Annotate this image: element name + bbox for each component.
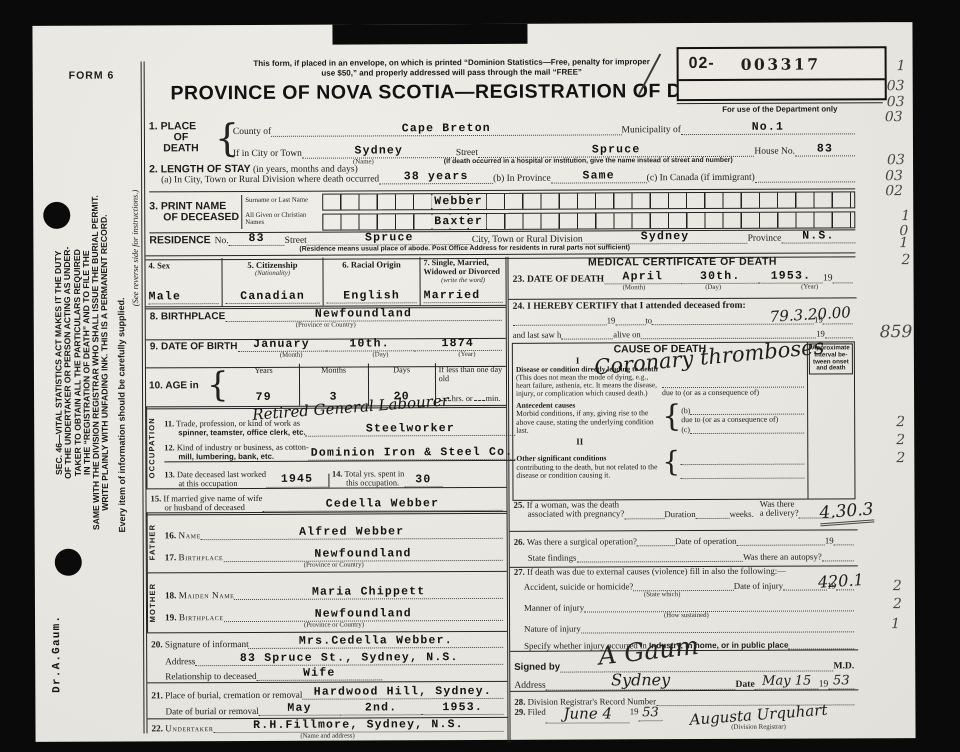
findings-label: State findings [528,553,577,563]
residence-note: (Residence means usual place of abode. P… [299,243,855,252]
row-sex-citizenship: 4. Sex Male 5. Citizenship (Nationality)… [145,257,505,310]
street-value: Spruce [592,143,641,156]
s17-number: 17. [165,552,177,562]
age-days-label: Days [393,365,410,374]
dob-label: DATE OF BIRTH [161,341,238,352]
section-place-of-death: 1. PLACE OF DEATH County of Cape Breton … [149,114,855,163]
undertaker-value: R.H.Fillmore, Sydney, N.S. [253,718,464,732]
due-to-1: due to (or as a consequence of) [662,388,804,398]
row-signed-by: A Gaum Signed by M.D. [510,649,858,673]
department-only-note: For use of the Department only [677,102,883,114]
father-birthplace-note: (Province or Country) [165,561,503,569]
father-name-label: Name [178,530,200,540]
registration-prefix: 02- [689,55,715,73]
s2-title: LENGTH OF STAY [161,163,251,175]
citizenship-note: (Nationality) [226,270,320,277]
other-fill-2 [680,465,804,480]
informant-label: Signature of informant [165,639,249,649]
s1-number: 1. [149,120,158,132]
margin-code: 1 [899,235,908,251]
dob-day: 10th. [349,337,390,350]
row-burial: 21. Place of burial, cremation or remova… [147,681,507,720]
sec46-statute-text: SEC. 46—VITAL STATISTICS ACT MAKES IT TH… [53,100,111,625]
nature-label: Nature of injury [524,624,581,634]
spouse-value: Cedella Webber [326,497,439,510]
death-day-value: 30th. [700,270,741,283]
last-worked-value: 1945 [281,473,313,486]
dob-month: January [253,338,310,351]
row-date-of-death: 23. DATE OF DEATH April 30th. 1953. 19 (… [509,270,857,300]
doctor-margin-note-text: Dr.A.Gaum. [51,615,63,693]
informant-address-label: Address [165,656,195,666]
registration-number: 003317 [741,54,821,73]
death-date-label: DATE OF DEATH [527,273,604,284]
s14-label-1: Total yrs. spent in [344,469,404,478]
age-brace [207,364,229,406]
death-certificate-paper: SEC. 46—VITAL STATISTICS ACT MAKES IT TH… [32,22,915,742]
burial-year-value: 1953. [442,701,483,714]
signed-year-value: 53 [833,674,850,689]
row-undertaker: 22. Undertaker R.H.Fillmore, Sydney, N.S… [147,717,507,747]
registration-number-box: 02- 003317 [677,46,887,101]
margin-code: 2 [893,596,902,612]
s8-number: 8. [150,311,158,322]
certify-pre19-a: 19 [607,315,616,325]
margin-code: 03 [887,78,905,94]
surname-value: Webber [431,194,486,207]
department-only-note-text: For use of the Department only [722,104,837,114]
trade-value: Steelworker [366,422,455,435]
row-operation: 26. Was there a surgical operation? Date… [510,527,858,568]
sex-label: 4. Sex [148,260,170,270]
cause-of-death-box: Approximate interval be- tween onset and… [512,341,856,500]
given-name-comb-row: Baxter [322,211,855,230]
residence-street-value: Spruce [365,231,414,244]
surname-comb-row: Webber [322,191,855,210]
margin-code: 1 [891,616,900,632]
mother-birthplace-note: (Province or Country) [165,621,503,629]
residence-province-value: N.S. [802,229,834,242]
s11-label-2: spinner, teamster, office clerk, etc. [178,428,305,438]
residence-no-label: No. [215,236,229,246]
dob-month-note: (Month) [280,352,303,359]
municipality-value: No.1 [752,121,784,134]
delivery-handwritten: 4.30.3 [819,499,875,526]
municipality-label: Municipality of [622,125,681,135]
burial-day-value: 2nd. [365,701,397,714]
s11-number: 11. [164,419,174,428]
marital-status-label: 7. Single, Married, Widowed or Divorced [423,258,499,276]
mother-birthplace-value: Newfoundland [315,607,412,620]
s26-number: 26. [514,537,525,547]
other-brace [662,446,680,479]
group-father: FATHER 16. Name Alfred Webber 17. Birthp… [147,511,507,574]
city-town-label: If in City or Town [233,149,302,159]
left-column: 4. Sex Male 5. Citizenship (Nationality)… [145,257,507,745]
residence-division-value: Sydney [641,230,690,243]
age-months-label: Months [321,366,346,375]
county-label: County of [233,127,271,137]
residence-label: RESIDENCE [149,234,210,246]
delivery-label: a delivery? [760,508,799,518]
disease-fill-line [662,375,804,389]
duration-label: Duration [664,509,695,519]
section-length-of-stay: 2. LENGTH OF STAY (in years, months and … [149,160,855,189]
filed-date-value: June 4 [563,704,612,722]
s12-number: 12. [164,443,175,452]
signed-by-label: Signed by [514,662,560,673]
s19-number: 19. [165,612,177,622]
father-strip-label: FATHER [147,512,161,572]
page-title: PROVINCE OF NOVA SCOTIA—REGISTRATION OF … [163,80,743,106]
margin-code: 2 [896,450,905,466]
dob-year-note: (Year) [458,351,475,358]
s9-number: 9. [150,341,158,352]
margin-code: 2 [896,414,905,430]
residence-division-label: City, Town or Rural Division [472,235,583,245]
antecedent-note: Morbid conditions, if any, giving rise t… [516,409,654,435]
margin-code: 859 [880,322,913,342]
interval-line: and death [810,366,852,373]
s24-number: 24. [513,301,525,312]
doctor-margin-note: Dr.A.Gaum. [51,609,67,699]
margin-code: 2 [893,578,902,594]
operation-date-label: Date of operation [675,536,737,546]
s10-number: 10. [149,380,163,391]
signed-pre19: 19 [819,678,829,689]
s3-title-1: PRINT NAME [161,200,226,212]
relationship-label: Relationship to deceased [165,671,256,681]
father-birthplace-value: Newfoundland [314,547,411,560]
city-town-value: Sydney [354,144,403,157]
s2-a-label: (a) In City, Town or Rural Division wher… [161,174,379,185]
dob-day-note: (Day) [373,351,389,358]
burial-month-value: May [287,702,311,715]
right-column: MEDICAL CERTIFICATE OF DEATH 23. DATE OF… [505,255,858,743]
sec46-line: WRITE PLAINLY WITH UNFADING INK. THIS IS… [100,100,112,625]
s13-label-2: at this occupation [178,479,237,488]
s18-number: 18. [165,590,177,600]
disease-note: (This does not mean the mode of dying, e… [516,372,657,398]
form-number: FORM 6 [69,70,115,82]
mail-notice: This form, if placed in an envelope, on … [179,57,725,78]
s2-c-label: (c) In Canada (if immigrant) [647,173,755,183]
given-name-value: Baxter [431,214,486,227]
s3-title-2: OF DECEASED [163,211,239,223]
filed-label: Filed [528,707,546,717]
date-label: Date [736,679,755,690]
margin-code: 2 [896,432,905,448]
s2-number: 2. [149,163,158,175]
s29-number: 29. [514,707,525,717]
racial-origin-label: 6. Racial Origin [342,259,401,269]
s14-label-2: this occupation. [346,478,399,487]
certify-label: I HEREBY CERTIFY that I attended decease… [527,300,746,312]
operation-pre19: 19 [825,535,834,545]
age-min-label: min. [486,394,501,403]
marital-status-value: Married [424,289,503,303]
other-fill-1 [680,451,804,466]
alive-on-label: alive on [613,329,640,339]
every-item-note-text: Every item of information should be care… [116,298,127,533]
industry-value: Dominion Iron & Steel Co. [311,446,514,460]
death-day-note: (Day) [705,284,721,291]
s12-label-1: Kind of industry or business, as cotton- [177,443,309,453]
informant-address-value: 83 Spruce St., Sydney, N.S. [240,651,459,665]
s3-number: 3. [149,200,158,212]
autopsy-label: Was there an autopsy? [743,551,822,561]
total-years-value: 30 [415,473,431,486]
s23-number: 23. [513,274,525,285]
residence-street-label: Street [285,236,307,246]
length-city-value: 38 years [404,170,469,183]
other-conditions-note: contributing to the death, but not relat… [516,462,657,480]
s21-number: 21. [151,690,163,700]
manner-label: Manner of injury [524,603,584,613]
external-handwritten-code: 420.1 [818,570,865,592]
age-less-than-day-label: If less than one day old [439,365,503,383]
s15-label-2: or husband of deceased [165,502,245,512]
s2-b-label: (b) In Province [493,174,551,184]
margin-code: 03 [885,168,903,184]
dob-year: 1874 [442,337,474,350]
margin-code: 02 [885,183,903,199]
house-no-value: 83 [817,142,833,155]
s27-number: 27. [514,567,525,577]
residence-no-value: 83 [248,232,264,245]
filed-year-value: 53 [642,705,659,720]
injury-date-label: Date of injury [734,581,783,591]
scan-notch [332,24,527,45]
s20-number: 20. [151,639,163,649]
street-label: Street [456,148,478,158]
s13-number: 13. [164,470,175,479]
s16-number: 16. [165,530,177,540]
row-filed: 29. Filed June 4 19 53 Augusta Urquhart … [510,705,858,735]
group-mother: MOTHER 18. Maiden Name Maria Chippett 19… [147,571,507,634]
signed-date-value: May 15 [762,674,811,689]
weeks-label: weeks. [730,509,754,519]
given-name-label: All Given or Christian Names [245,211,319,226]
burial-place-value: Hardwood Hill, Sydney. [314,685,492,699]
birthplace-label: BIRTHPLACE [161,311,226,322]
min-blank [474,395,485,401]
burial-date-label: Date of burial or removal [165,706,258,716]
occupation-strip-label: OCCUPATION [146,406,160,488]
group-occupation: OCCUPATION Retired General Labourer 11. … [146,405,506,490]
physician-address-label: Address [514,680,546,691]
racial-origin-value: English [327,289,417,303]
operation-label: Was there a surgical operation? [527,536,637,546]
section-residence: RESIDENCE No. 83 Street Spruce City, Tow… [149,230,855,251]
county-value: Cape Breton [402,122,491,135]
s14-number: 14. [332,470,343,479]
undertaker-label: Undertaker [165,723,213,733]
length-province-value: Same [582,169,614,182]
medical-certificate-title-text: MEDICAL CERTIFICATE OF DEATH [588,256,777,269]
s13-label-1: Date deceased last worked [177,470,266,479]
interval-column: Approximate interval be- tween onset and… [807,342,855,498]
birthplace-value: Newfoundland [315,307,412,320]
informant-value: Mrs.Cedella Webber. [299,634,453,648]
margin-code: 1 [901,208,910,224]
residence-province-label: Province [748,234,782,244]
row-external-causes: 420.1 27. If death was due to external c… [510,563,858,637]
s1-label-death: DEATH [163,142,198,154]
last-saw-label: and last saw h [513,330,561,340]
surname-label: Surname or Last Name [245,197,319,205]
mother-birthplace-label: Birthplace [179,612,224,622]
citizenship-value: Canadian [226,290,320,304]
s12-label-2: mill, lumbering, bank, etc. [178,452,274,461]
relationship-value: Wife [303,667,335,680]
pregnancy-label-2: associated with pregnancy? [528,509,625,519]
s28-number: 28. [514,697,525,707]
scan-background: { "header": { "form_no": "FORM 6", "mail… [0,0,960,752]
age-label: AGE in [165,380,198,391]
death-pre19: 19 [823,272,833,283]
death-year-note: (Year) [801,284,818,291]
margin-code: 03 [887,94,905,110]
margin-code: 03 [885,109,903,125]
father-name-value: Alfred Webber [299,525,404,538]
s15-number: 15. [150,493,161,503]
every-item-note: Every item of information should be care… [116,275,130,555]
citizenship-label: 5. Citizenship [247,260,297,270]
father-birthplace-label: Birthplace [179,552,224,562]
section-print-name: 3. PRINT NAME OF DECEASED Surname or Las… [149,188,855,233]
age-years-label: Years [254,366,272,375]
mother-maiden-value: Maria Chippett [312,585,425,598]
row-informant: 20. Signature of informant Mrs.Cedella W… [147,631,507,684]
s22-number: 22. [151,723,163,733]
mother-strip-label: MOTHER [147,572,161,632]
accident-label: Accident, suicide or homicide? [524,581,633,591]
reverse-side-note-text: (See reverse side for instructions.) [130,190,141,307]
s2-paren: (in years, months and days) [253,165,358,175]
page-title-text: PROVINCE OF NOVA SCOTIA—REGISTRATION OF … [170,80,735,104]
external-label: If death was due to external causes (vio… [527,566,786,577]
form-number-text: FORM 6 [69,70,115,82]
margin-code: 1 [897,58,906,74]
antecedent-brace [662,400,681,434]
margin-code: 2 [901,252,910,268]
s25-number: 25. [514,500,525,510]
house-no-label: House No. [754,147,795,157]
burial-place-label: Place of burial, cremation or removal [165,690,302,701]
age-hrs-label: hrs. or [452,394,473,403]
marital-status-note: (write the word) [424,276,503,285]
certify-to: to [645,315,652,325]
md-label: M.D. [833,660,854,671]
death-month-value: April [622,270,663,283]
physician-address-value: Sydney [611,670,670,689]
mother-maiden-label: Maiden Name [179,590,235,600]
age-years-value: 79 [256,391,272,404]
sex-value: Male [149,290,219,304]
antecedent-b-label: (b) [681,406,690,415]
death-year-value: 1953. [771,270,812,283]
antecedent-c-label: (c) [681,425,690,434]
margin-code: 03 [887,152,905,168]
filed-pre19: 19 [630,706,639,716]
death-month-note: (Month) [623,284,646,291]
